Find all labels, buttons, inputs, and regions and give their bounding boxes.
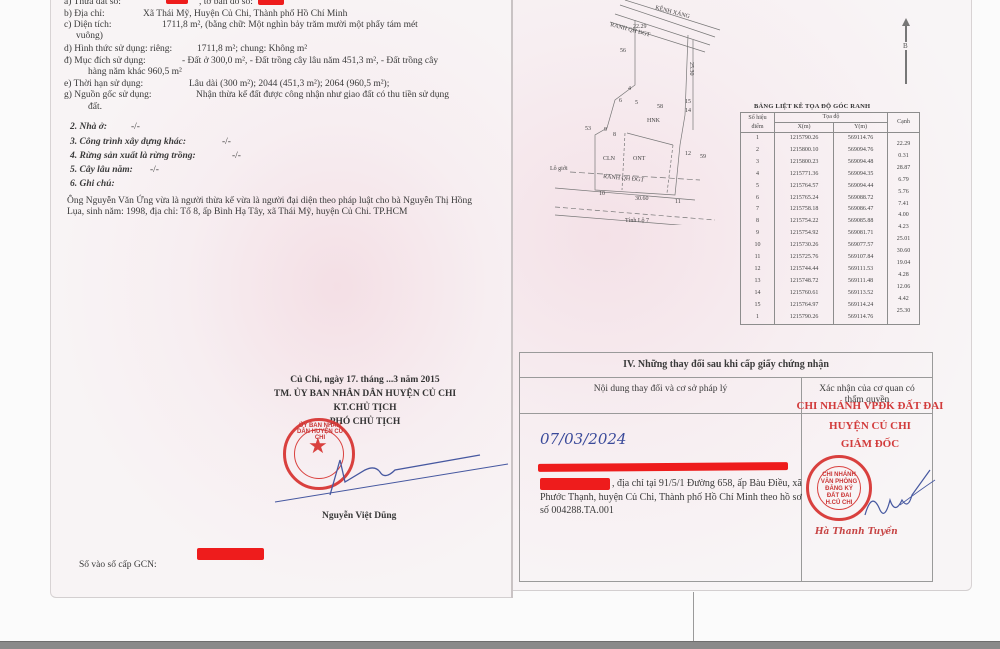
origin-value: Nhận thừa kế đất được công nhận như giao…	[196, 90, 449, 101]
note-text: Ông Nguyễn Văn Ứng vừa là người thừa kế …	[67, 196, 477, 218]
svg-text:6: 6	[619, 98, 622, 104]
usage-purpose-label: đ) Mục đích sử dụng:	[64, 56, 146, 67]
cell-edge: 25.30	[888, 306, 920, 318]
page-fold	[511, 0, 513, 598]
cell-x: 1215771.36	[775, 169, 834, 181]
svg-text:10: 10	[599, 191, 605, 197]
cell-x: 1215800.10	[775, 145, 834, 157]
cell-point: 3	[741, 157, 775, 169]
section-5-value: -/-	[150, 165, 159, 176]
svg-text:Tỉnh Lộ 7: Tỉnh Lộ 7	[625, 218, 649, 224]
area-value: 1711,8 m², (bằng chữ: Một nghìn bảy trăm…	[162, 20, 418, 31]
cell-edge: 4.42	[888, 294, 920, 306]
usage-purpose-value: - Đất ở 300,0 m², - Đất trồng cây lâu nă…	[182, 56, 438, 67]
paper-crease	[693, 592, 694, 642]
signature-scribble-right	[860, 460, 940, 530]
section-3-label: 3. Công trình xây dựng khác:	[70, 137, 186, 148]
cell-point: 4	[741, 169, 775, 181]
redacted-parcel-number	[166, 0, 188, 4]
parcel-number-label: a) Thửa đất số:	[64, 0, 121, 8]
land-parcel-map: KÊNH XÁNG RANH QH ĐGT 22.29 56 25.30 58 …	[515, 0, 725, 225]
cell-point: 1	[741, 133, 775, 145]
svg-text:HNK: HNK	[647, 118, 661, 124]
cell-y: 569086.47	[834, 204, 888, 216]
usage-form-value: 1711,8 m²; chung: Không m²	[197, 44, 307, 55]
svg-text:Lô giới: Lô giới	[550, 166, 568, 172]
cell-point: 2	[741, 145, 775, 157]
redacted-gcn-number	[197, 548, 264, 560]
svg-text:RANH QH ĐGT: RANH QH ĐGT	[603, 174, 645, 184]
svg-text:4: 4	[628, 86, 631, 92]
section-3-value: -/-	[222, 137, 231, 148]
area-label: c) Diện tích:	[64, 20, 111, 31]
cell-x: 1215754.92	[775, 228, 834, 240]
svg-text:12: 12	[685, 151, 691, 157]
col-edge-header: Cạnh	[888, 113, 920, 133]
north-arrow-icon	[905, 22, 907, 84]
svg-text:14: 14	[685, 108, 691, 114]
cell-point: 1	[741, 312, 775, 324]
cell-y: 569077.57	[834, 240, 888, 252]
cell-x: 1215748.72	[775, 276, 834, 288]
cell-y: 569111.48	[834, 276, 888, 288]
cell-x: 1215790.26	[775, 312, 834, 324]
svg-text:KÊNH XÁNG: KÊNH XÁNG	[654, 3, 691, 20]
cell-x: 1215744.44	[775, 264, 834, 276]
cell-y: 569114.76	[834, 133, 888, 145]
col-point-header: Số hiệu điểm	[741, 113, 775, 133]
cell-edge: 30.60	[888, 246, 920, 258]
cell-edge: 5.76	[888, 187, 920, 199]
signer-role-2: PHÓ CHỦ TỊCH	[240, 415, 490, 429]
cell-edge: 7.41	[888, 199, 920, 211]
cell-point: 10	[741, 240, 775, 252]
coordinate-table: Số hiệu điểm Tọa độ Cạnh X(m) Y(m) 11215…	[740, 112, 920, 325]
col-y-header: Y(m)	[834, 123, 888, 133]
svg-text:15: 15	[685, 99, 691, 105]
svg-text:30.60: 30.60	[635, 196, 649, 202]
cell-x: 1215760.61	[775, 288, 834, 300]
usage-form-label: d) Hình thức sử dụng: riêng:	[64, 44, 172, 55]
cell-y: 569111.53	[834, 264, 888, 276]
cell-y: 569113.52	[834, 288, 888, 300]
address-value: Xã Thái Mỹ, Huyện Củ Chi, Thành phố Hồ C…	[143, 9, 347, 20]
section-4-label: 4. Rừng sản xuất là rừng trồng:	[70, 151, 196, 162]
origin-value-cont: đất.	[88, 102, 102, 113]
svg-text:22.29: 22.29	[633, 24, 647, 30]
cell-y: 569085.88	[834, 216, 888, 228]
col-coords-header: Tọa độ	[775, 113, 888, 123]
cell-x: 1215765.24	[775, 193, 834, 205]
svg-text:59: 59	[700, 154, 706, 160]
signature-scribble-left	[270, 440, 510, 510]
cell-point: 6	[741, 193, 775, 205]
cell-x: 1215790.26	[775, 133, 834, 145]
svg-text:11: 11	[675, 199, 681, 205]
cell-x: 1215754.22	[775, 216, 834, 228]
area-value-cont: vuông)	[76, 31, 103, 42]
svg-text:CLN: CLN	[603, 156, 616, 162]
north-label: B	[903, 42, 908, 50]
cell-point: 11	[741, 252, 775, 264]
section-2-label: 2. Nhà ở:	[70, 122, 107, 133]
changes-content-header: Nội dung thay đổi và cơ sở pháp lý	[520, 378, 802, 414]
cell-edge: 6.79	[888, 175, 920, 187]
cell-y: 569081.71	[834, 228, 888, 240]
svg-text:53: 53	[585, 126, 591, 132]
cell-edge: 4.23	[888, 222, 920, 234]
seal-text: ỦY BAN NHÂN DÂN HUYỆN CỦ CHI	[292, 423, 348, 441]
change-date: 07/03/2024	[540, 430, 626, 448]
cell-y: 569094.76	[834, 145, 888, 157]
cell-x: 1215730.26	[775, 240, 834, 252]
origin-label: g) Nguồn gốc sử dụng:	[64, 90, 151, 101]
cell-point: 13	[741, 276, 775, 288]
cell-x: 1215758.18	[775, 204, 834, 216]
signer-name: Nguyễn Việt Dũng	[322, 511, 396, 522]
usage-term-value: Lâu dài (300 m²); 2044 (451,3 m²); 2064 …	[189, 79, 389, 90]
cell-point: 8	[741, 216, 775, 228]
cell-edge: 12.06	[888, 282, 920, 294]
section-5-label: 5. Cây lâu năm:	[70, 165, 133, 176]
section-6-label: 6. Ghi chú:	[70, 179, 115, 190]
usage-purpose-cont: hàng năm khác 960,5 m²	[88, 67, 182, 78]
viewer-bottom-bar	[0, 641, 1000, 649]
svg-text:56: 56	[620, 48, 626, 54]
cell-y: 569088.72	[834, 193, 888, 205]
section-2-value: -/-	[131, 122, 140, 133]
right-signer-name: Hà Thanh Tuyền	[815, 527, 898, 537]
cell-y: 569094.35	[834, 169, 888, 181]
cell-x: 1215725.76	[775, 252, 834, 264]
cell-point: 14	[741, 288, 775, 300]
coordinate-table-title: BẢNG LIỆT KÊ TỌA ĐỘ GÓC RANH	[754, 103, 870, 110]
svg-text:ONT: ONT	[633, 156, 646, 162]
stamp-role: GIÁM ĐỐC	[790, 438, 950, 451]
cell-x: 1215800.23	[775, 157, 834, 169]
cell-edge: 28.87	[888, 163, 920, 175]
redacted-map-sheet	[258, 0, 284, 5]
map-sheet-label: , tờ bản đồ số:	[199, 0, 253, 8]
cell-y: 569114.76	[834, 312, 888, 324]
cell-edge: 0.31	[888, 151, 920, 163]
svg-text:25.30: 25.30	[688, 62, 694, 76]
issuing-organization: TM. ỦY BAN NHÂN DÂN HUYỆN CỦ CHI	[240, 387, 490, 401]
cell-y: 569107.84	[834, 252, 888, 264]
address-label: b) Địa chỉ:	[64, 9, 105, 20]
cell-x: 1215764.97	[775, 300, 834, 312]
svg-text:58: 58	[657, 104, 663, 110]
change-entry-text: , địa chỉ tại 91/5/1 Đường 658, ấp Bàu Đ…	[540, 477, 802, 518]
changes-title: IV. Những thay đổi sau khi cấp giấy chứn…	[520, 353, 933, 378]
svg-text:9: 9	[604, 127, 607, 133]
table-row: 11215790.26569114.7622.29	[741, 133, 920, 145]
cell-x: 1215764.57	[775, 181, 834, 193]
svg-text:5: 5	[635, 100, 638, 106]
cell-edge: 4.00	[888, 210, 920, 222]
cell-point: 9	[741, 228, 775, 240]
stamp-org-line1: CHI NHÁNH VPĐK ĐẤT ĐAI	[790, 400, 950, 413]
section-4-value: -/-	[232, 151, 241, 162]
cell-edge: 25.01	[888, 234, 920, 246]
cell-y: 569094.44	[834, 181, 888, 193]
cell-point: 12	[741, 264, 775, 276]
cell-edge: 4.28	[888, 270, 920, 282]
cell-edge: 19.04	[888, 258, 920, 270]
cell-point: 5	[741, 181, 775, 193]
cell-y: 569114.24	[834, 300, 888, 312]
col-x-header: X(m)	[775, 123, 834, 133]
signature-block: Củ Chi, ngày 17. tháng ...3 năm 2015 TM.…	[240, 373, 490, 429]
usage-term-label: e) Thời hạn sử dụng:	[64, 79, 143, 90]
cell-point: 15	[741, 300, 775, 312]
cell-y: 569094.48	[834, 157, 888, 169]
gcn-number-label: Số vào sổ cấp GCN:	[79, 560, 157, 571]
cell-edge: 22.29	[888, 139, 920, 151]
cell-point: 7	[741, 204, 775, 216]
date-line: Củ Chi, ngày 17. tháng ...3 năm 2015	[240, 373, 490, 387]
signer-role-1: KT.CHỦ TỊCH	[240, 401, 490, 415]
stamp-org-line2: HUYỆN CỦ CHI	[790, 420, 950, 433]
cell-edge	[888, 318, 920, 330]
svg-text:8: 8	[613, 132, 616, 138]
